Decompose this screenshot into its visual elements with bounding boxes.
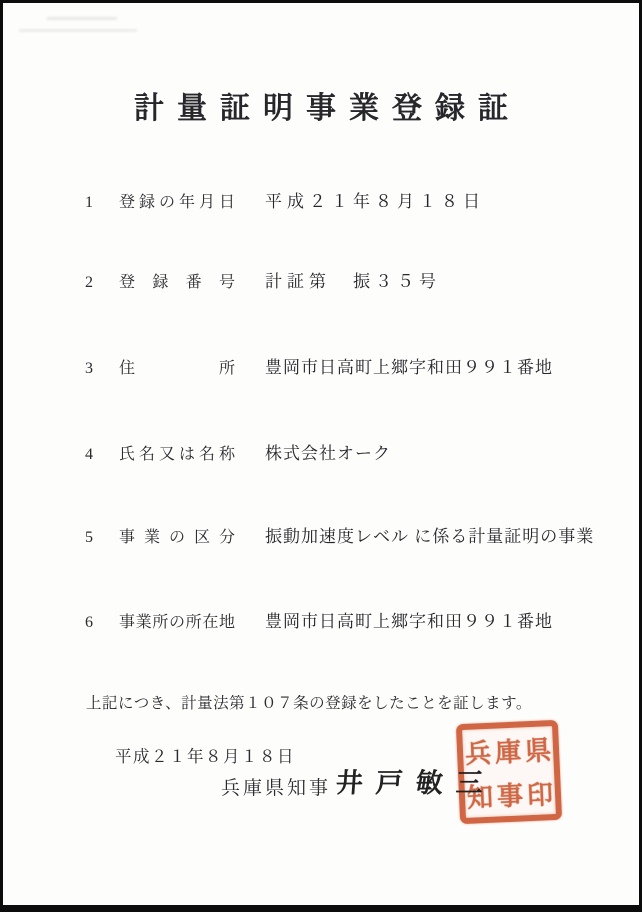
field-label: 登録番号 <box>119 269 235 292</box>
field-row-registration-number: 2 登録番号 計証第 振３５号 <box>3 267 639 292</box>
field-row-registration-date: 1 登録の年月日 平成２１年８月１８日 <box>3 187 639 212</box>
seal-character: 事 <box>494 771 526 816</box>
field-row-name: 4 氏名又は名称 株式会社オーク <box>3 439 639 464</box>
field-row-address: 3 住所 豊岡市日高町上郷字和田９９１番地 <box>3 353 639 378</box>
closing-statement: 上記につき、計量法第１０７条の登録をしたことを証します。 <box>86 691 532 713</box>
field-number: 6 <box>85 614 119 632</box>
field-number: 1 <box>85 194 119 212</box>
certificate-page: 計量証明事業登録証 1 登録の年月日 平成２１年８月１８日 2 登録番号 計証第… <box>0 0 642 912</box>
field-value: 計証第 振３５号 <box>265 267 441 292</box>
seal-character: 県 <box>522 726 554 771</box>
field-value: 振動加速度レベル に係る計量証明の事業 <box>265 522 594 547</box>
field-number: 3 <box>85 360 119 378</box>
field-value: 豊岡市日高町上郷字和田９９１番地 <box>265 353 553 378</box>
issuer-title: 兵庫県知事 <box>221 773 331 800</box>
field-value: 株式会社オーク <box>265 439 391 464</box>
field-number: 2 <box>85 274 119 292</box>
field-label: 事業所の所在地 <box>119 609 235 632</box>
field-value: 豊岡市日高町上郷字和田９９１番地 <box>265 607 553 632</box>
field-number: 4 <box>85 446 119 464</box>
issue-date: 平成２１年８月１８日 <box>115 743 295 767</box>
field-label: 住所 <box>119 355 235 378</box>
governor-signature: 井戸敏三 <box>335 761 498 800</box>
seal-character: 印 <box>524 770 556 815</box>
field-label: 事業の区分 <box>119 524 235 547</box>
field-row-office-location: 6 事業所の所在地 豊岡市日高町上郷字和田９９１番地 <box>3 607 639 632</box>
field-value: 平成２１年８月１８日 <box>265 187 485 212</box>
field-label: 氏名又は名称 <box>119 441 235 464</box>
field-label: 登録の年月日 <box>119 189 235 212</box>
field-number: 5 <box>85 529 119 547</box>
field-row-business-category: 5 事業の区分 振動加速度レベル に係る計量証明の事業 <box>3 522 639 547</box>
